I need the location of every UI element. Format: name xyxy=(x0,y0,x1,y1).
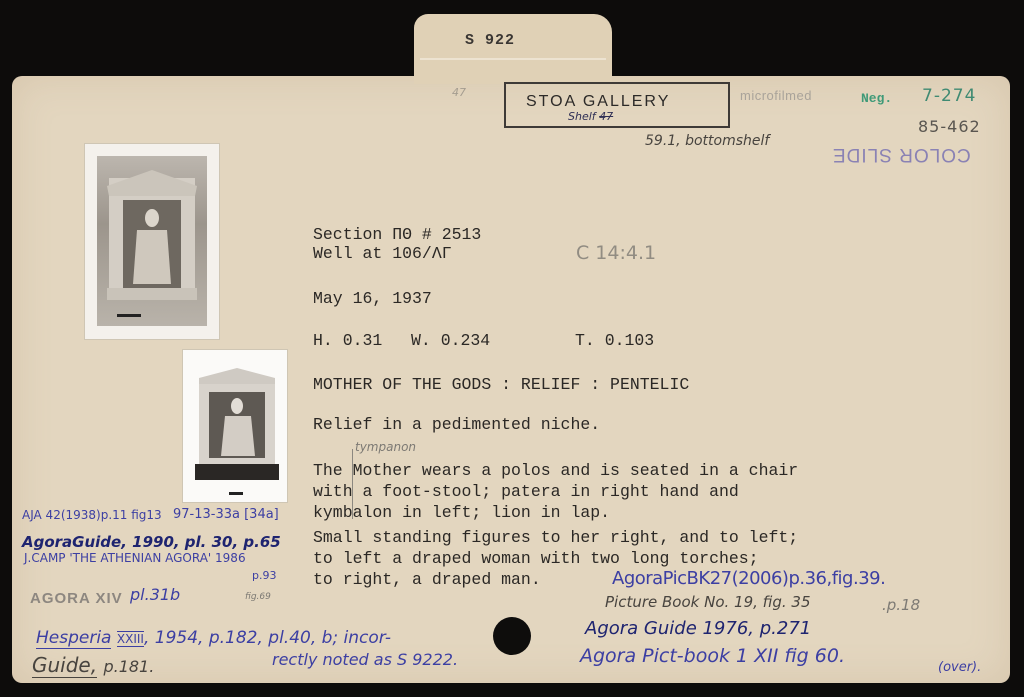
hesperia-volume: XXIII xyxy=(117,631,144,647)
agora-xiv-stamp: AGORA XIV xyxy=(30,590,123,607)
relief-image xyxy=(97,156,207,326)
secondary-number: 85-462 xyxy=(918,117,981,136)
bib-guide: Guide, p.181. xyxy=(32,653,154,677)
hesperia-title: Hesperia xyxy=(36,628,111,649)
punch-hole xyxy=(493,617,531,655)
short-description: Relief in a pedimented niche. xyxy=(313,415,600,434)
card-tab xyxy=(414,14,612,84)
bib-neg-reference: 97-13-33a [34a] xyxy=(173,507,279,522)
shelf-number-struck: 47 xyxy=(599,110,613,123)
bib-agora-picbook-27: AgoraPicBK27(2006)p.36,fig.39. xyxy=(612,568,885,589)
well-line: Well at 106/ΛΓ xyxy=(313,244,452,263)
description-line: to right, a draped man. xyxy=(313,570,541,589)
deposit-code: C 14:4.1 xyxy=(576,242,656,264)
shelf-note: Shelf 47 xyxy=(568,110,613,123)
dimension-thickness: T. 0.103 xyxy=(575,331,654,350)
description-line: The Mother wears a polos and is seated i… xyxy=(313,461,798,480)
date: May 16, 1937 xyxy=(313,289,432,308)
tab-tear xyxy=(420,58,606,60)
object-title: MOTHER OF THE GODS : RELIEF : PENTELIC xyxy=(313,375,689,394)
location-note: 59.1, bottomshelf xyxy=(645,133,769,149)
guide-title: Guide, xyxy=(32,653,97,678)
neg-number: 7-274 xyxy=(922,86,976,106)
neg-stamp: Neg. xyxy=(861,91,892,106)
relief-image-mounted xyxy=(195,366,279,480)
microfilmed-stamp: microfilmed xyxy=(740,88,812,103)
bib-agora-pict-book-12: Agora Pict-book 1 XII fig 60. xyxy=(580,645,845,667)
hesperia-citation: , 1954, p.182, pl.40, b; incor- xyxy=(144,628,391,648)
bib-camp-fig: fig.69 xyxy=(245,592,271,602)
photo-relief-mounted xyxy=(182,349,288,503)
tympanon-annotation: tympanon xyxy=(355,440,416,454)
section-line: Section ΠΘ # 2513 xyxy=(313,225,481,244)
bib-agora-guide-1976: Agora Guide 1976, p.271 xyxy=(585,618,811,639)
over-note: (over). xyxy=(938,660,981,675)
guide-page: p.181. xyxy=(103,657,154,676)
bib-picture-book-19: Picture Book No. 19, fig. 35 xyxy=(605,593,811,611)
bib-aja: AJA 42(1938)p.11 fig13 xyxy=(22,508,162,522)
bib-picture-book-page: .p.18 xyxy=(882,596,920,614)
inventory-number: S 922 xyxy=(465,32,515,49)
dimension-width: W. 0.234 xyxy=(411,331,490,350)
photo-relief-old xyxy=(84,143,220,340)
color-slide-stamp: COLOR SLIDE xyxy=(832,143,971,165)
location-stamp: STOA GALLERY xyxy=(526,93,670,111)
bib-hesperia: Hesperia XXIII, 1954, p.182, pl.40, b; i… xyxy=(36,628,391,648)
bib-camp: J.CAMP 'THE ATHENIAN AGORA' 1986 xyxy=(24,551,246,565)
bib-hesperia-correction: rectly noted as S 9222. xyxy=(272,650,458,669)
description-line: with a foot-stool; patera in right hand … xyxy=(313,482,739,501)
description-line: Small standing figures to her right, and… xyxy=(313,528,798,547)
description-line: kymbalon in left; lion in lap. xyxy=(313,503,610,522)
shelf-label: Shelf xyxy=(568,110,596,123)
pencil-mark: 47 xyxy=(452,86,466,99)
description-line: to left a draped woman with two long tor… xyxy=(313,549,759,568)
bib-camp-page: p.93 xyxy=(252,569,276,582)
dimension-height: H. 0.31 xyxy=(313,331,382,350)
bib-agora-xiv-plate: pl.31b xyxy=(130,585,180,604)
bib-agora-guide-1990: AgoraGuide, 1990, pl. 30, p.65 xyxy=(22,533,281,551)
